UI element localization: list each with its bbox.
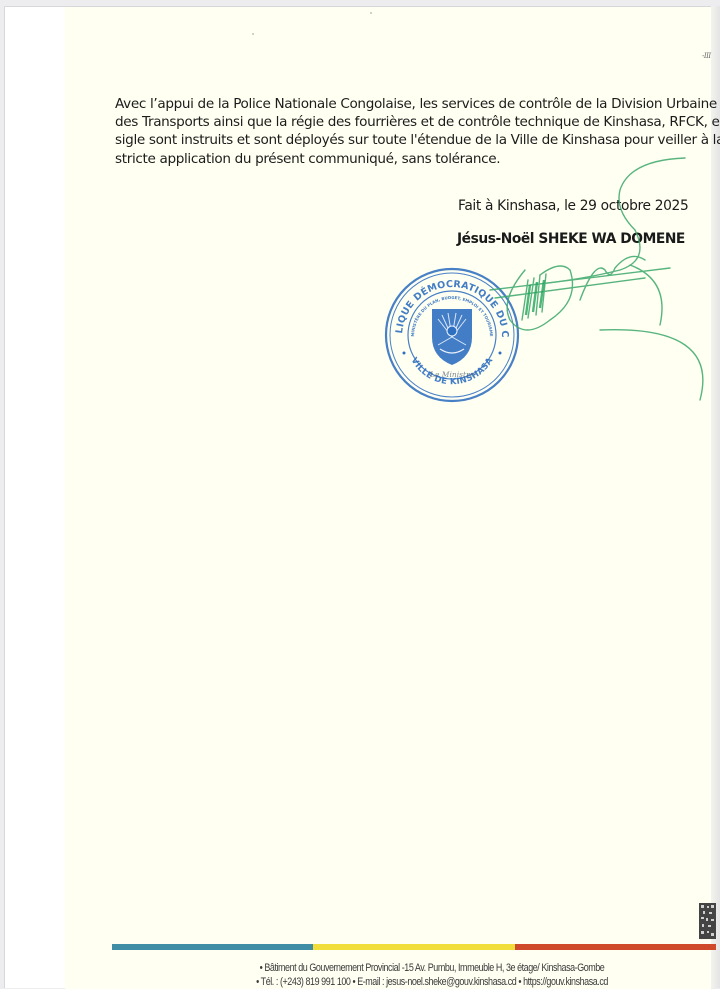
paper-speck [370,12,372,14]
footer: • Bâtiment du Gouvernement Provincial -1… [0,962,720,988]
qr-code-icon[interactable] [699,903,716,939]
tricolor-blue [112,944,313,950]
svg-text:Le Ministre: Le Ministre [429,370,475,379]
footer-address: • Bâtiment du Gouvernement Provincial -1… [0,962,720,976]
footer-contact: • Tél. : (+243) 819 991 100 • E-mail : j… [0,976,720,989]
tricolor-yellow [313,944,514,950]
body-line: sigle sont instruits et sont déployés su… [115,131,720,149]
body-line: des Transports ainsi que la régie des fo… [115,113,720,131]
page-marker: -III [702,52,711,60]
body-line: Avec l’appui de la Police Nationale Cong… [115,95,720,113]
paper-speck [252,33,254,35]
tricolor-red [515,944,716,950]
tricolor-divider [112,944,716,950]
handwritten-signature-icon [470,150,720,410]
